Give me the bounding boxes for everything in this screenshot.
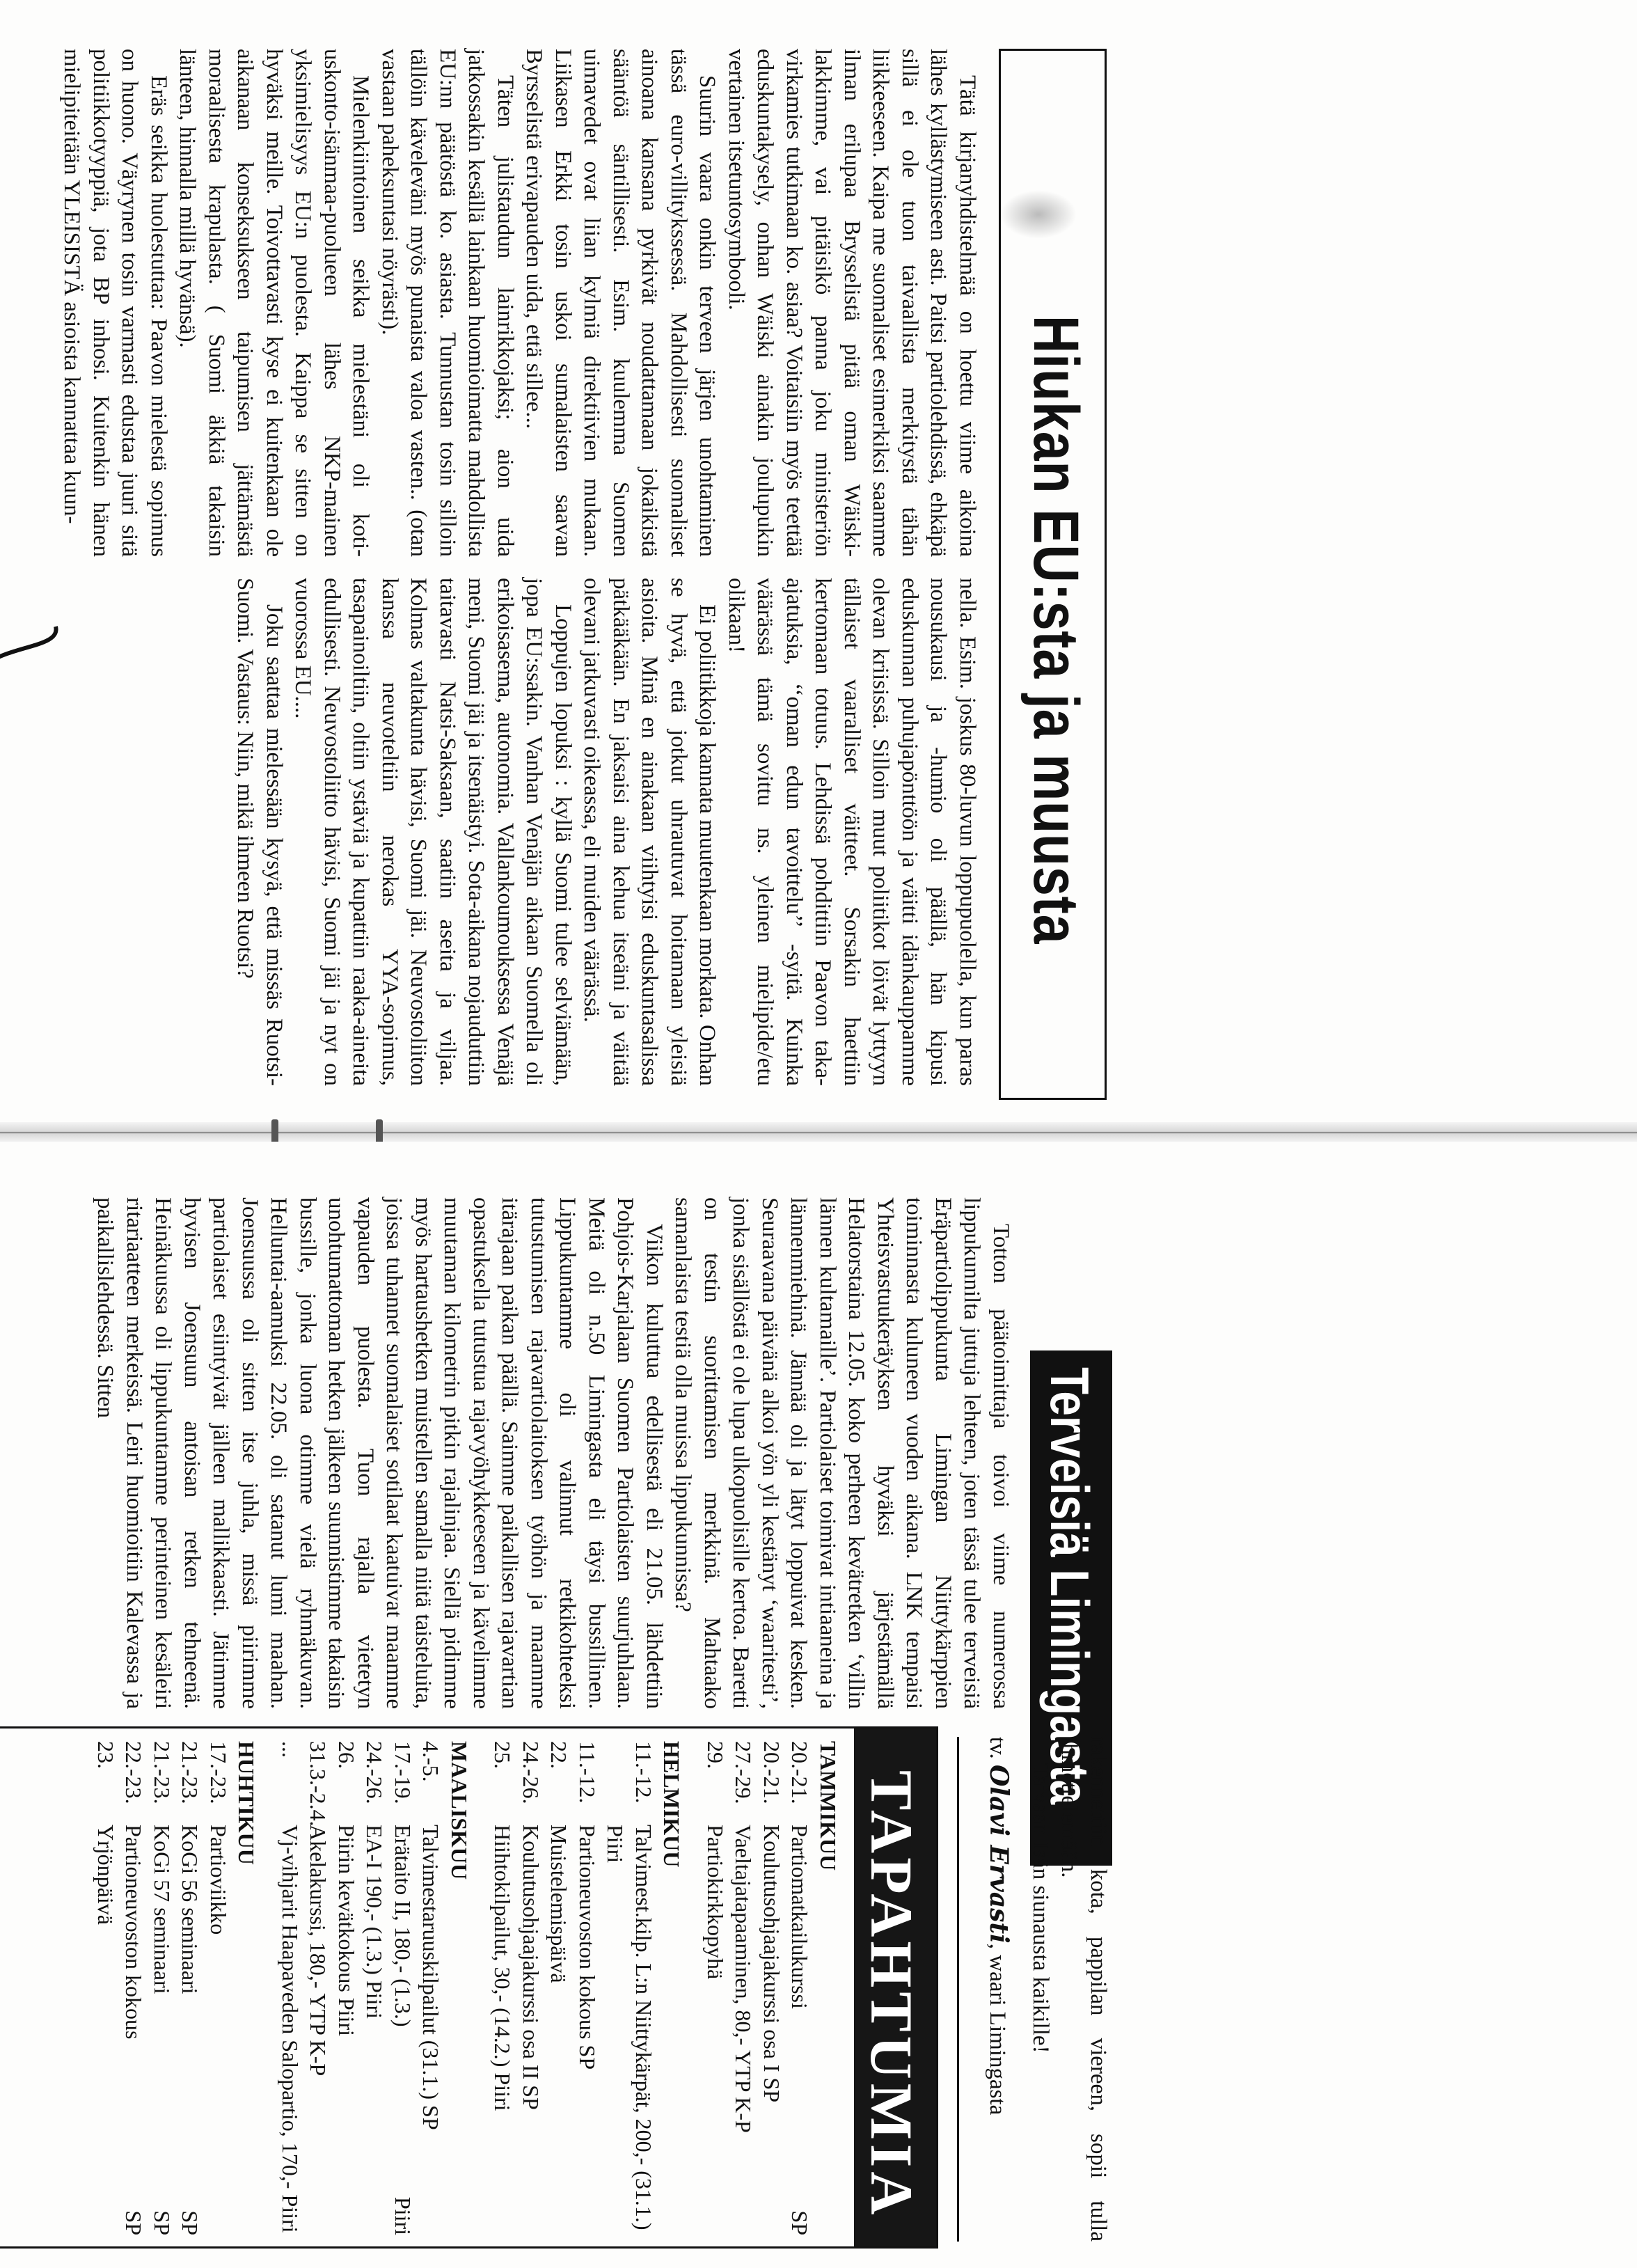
paragraph: Mielenkiintoinen seikka mielestäni oli k… [173, 49, 375, 557]
paragraph: Joku saattaa mielessään kysyä, että miss… [230, 578, 288, 1086]
event-text: Yrjönpäivä [92, 1825, 120, 2235]
article-column-1: Totton päätoimittaja toivoi viime numero… [90, 1197, 1015, 1709]
event-text: Hiihtokilpailut, 30,- (14.2.) Piiri [489, 1825, 517, 2235]
event-title: Partiokirkkopyhä [703, 1825, 728, 1979]
event-title: Partioviikko [206, 1825, 231, 1935]
event-row: 27.-29.Vaeltajatapaaminen, 80,- YTP K-P [729, 1741, 758, 2235]
center-fold [0, 1122, 1637, 1143]
event-text: Piirin kevätkokous Piiri [333, 1825, 361, 2235]
event-organizer: SP [120, 2210, 148, 2235]
article-title-box: Hiukan EU:sta ja muusta [999, 49, 1107, 1100]
event-date: 29. [702, 1741, 730, 1825]
event-title: Partiomatkailukurssi [788, 1825, 813, 2009]
article-title: Hiukan EU:sta ja muusta [1019, 315, 1092, 944]
event-title: Partioneuvoston kokous [122, 1825, 147, 2039]
event-text: SPKoGi 57 seminaari [148, 1825, 177, 2235]
article-column-1: Tätä kirjanyhdistelmää on hoettu viime a… [57, 49, 981, 557]
event-text: Koulutusohjaajakurssi osa I SP [758, 1825, 786, 2235]
event-date: 20.-21. [758, 1741, 786, 1825]
event-row: 21.-23.SPKoGi 56 seminaari [176, 1741, 205, 2235]
event-text: EA-I 190,- (1.3.) Piiri [361, 1825, 389, 2235]
event-row: 4.-5.Talvimestaruuskilpailut (31.1.) SP [417, 1741, 445, 2235]
event-date: 21.-23. [148, 1741, 177, 1825]
event-title: Vj-vihjarit Haapaveden Salopartio, 170,-… [278, 1825, 303, 2233]
events-month-heading: MAALISKUU [445, 1741, 474, 2235]
handwritten-signature-icon: Lammon Koppe [0, 613, 84, 1065]
event-date: 4.-5. [417, 1741, 445, 1825]
event-date: 25. [489, 1741, 517, 1825]
paragraph: Taivaan Isän siunausta kaikille! [1026, 1737, 1055, 2242]
event-title: Piirin kevätkokous Piiri [334, 1825, 359, 2036]
paragraph: Suurin vaara onkin terveen järjen unohta… [519, 49, 722, 557]
paragraph: Viikon kuluttua edellisestä eli 21.05. l… [90, 1197, 668, 1709]
events-title: TAPAHTUMIA [857, 1770, 926, 2219]
event-title: Akelakurssi, 180,- YTP K-P [306, 1825, 331, 2076]
event-text: SPPartiomatkailukurssi [786, 1825, 814, 2235]
event-date: 17.-23. [205, 1741, 233, 1825]
event-row: 17.-19.PiiriErätaito II, 180,- (1.3.) [389, 1741, 418, 2235]
event-text: Vj-vihjarit Haapaveden Salopartio, 170,-… [276, 1825, 305, 2235]
event-date: 26. [333, 1741, 361, 1825]
event-title: EA-I 190,- (1.3.) Piiri [363, 1825, 388, 2019]
event-row: 20.-21.SPPartiomatkailukurssi [786, 1741, 814, 2235]
event-row: 26.Piirin kevätkokous Piiri [333, 1741, 361, 2235]
page-15: Terveisiä Limingasta Totton päätoimittaj… [0, 1142, 1126, 2268]
event-text: Talvimestaruuskilpailut (31.1.) SP [417, 1825, 445, 2235]
event-text: Partiokirkkopyhä [702, 1825, 730, 2235]
paragraph: Eräs seikka huolestuttaa: Paavon mielest… [57, 49, 173, 557]
event-date: 20.-21. [786, 1741, 814, 1825]
event-text: Muistelemispäivä [545, 1825, 574, 2235]
event-date: 27.-29. [729, 1741, 758, 1825]
signature-name: Olavi Ervasti [985, 1765, 1014, 1944]
event-row: 25.Hiihtokilpailut, 30,- (14.2.) Piiri [489, 1741, 517, 2235]
event-organizer: SP [176, 2210, 205, 2235]
event-title: Yrjönpäivä [93, 1825, 118, 1925]
event-title: Talvimestaruuskilpailut (31.1.) SP [419, 1825, 444, 2130]
event-title: Koulutusohjaajakurssi osa I SP [759, 1825, 784, 2102]
event-row: 20.-21.Koulutusohjaajakurssi osa I SP [758, 1741, 786, 2235]
event-row: 11.-12.Partioneuvoston kokous SP [574, 1741, 602, 2235]
event-date: 22.-23. [120, 1741, 148, 1825]
event-title: Partioneuvoston kokous SP [575, 1825, 600, 2070]
event-row: 29.Partiokirkkopyhä [702, 1741, 730, 2235]
event-row: 21.-23.SPKoGi 57 seminaari [148, 1741, 177, 2235]
event-date: 24.-26. [361, 1741, 389, 1825]
scan-smudge [1000, 190, 1077, 239]
event-date: 24.-26. [517, 1741, 546, 1825]
signature-line: tv. Olavi Ervasti, waari Limingasta [983, 1737, 1013, 2242]
events-header: TAPAHTUMIA [854, 1728, 936, 2246]
event-text: Koulutusohjaajakurssi osa II SP [517, 1825, 546, 2235]
paragraph: Tätä kirjanyhdistelmää on hoettu viime a… [722, 49, 982, 557]
event-title: Hiihtokilpailut, 30,- (14.2.) Piiri [491, 1825, 516, 2111]
events-month-heading: TAMMIKUU [814, 1741, 843, 2235]
page-14: Hiukan EU:sta ja muusta Tätä kirjanyhdis… [0, 0, 1128, 1128]
event-row: 31.3.-2.4.Akelakurssi, 180,- YTP K-P [304, 1741, 333, 2235]
article-column-2: rakennettiin kota, pappilan viereen, sop… [983, 1737, 1112, 2242]
events-month-heading: HUHTIKUU [232, 1741, 261, 2235]
event-text: SPPartioneuvoston kokous [120, 1825, 148, 2235]
event-row: 24.-26.Koulutusohjaajakurssi osa II SP [517, 1741, 546, 2235]
event-organizer: Piiri [389, 2197, 418, 2235]
signature-prefix: tv. [986, 1737, 1011, 1759]
event-date: 21.-23. [176, 1741, 205, 1825]
signature-suffix: , waari Limingasta [986, 1944, 1011, 2116]
event-date: 31.3.-2.4. [304, 1741, 333, 1825]
events-list: TAMMIKUU20.-21.SPPartiomatkailukurssi20.… [92, 1741, 843, 2235]
event-row: 17.-23.Partioviikko [205, 1741, 233, 2235]
paragraph: Täten julistaudun lainrikkojaksi; aion u… [375, 49, 520, 557]
event-date: 23. [92, 1741, 120, 1825]
event-title: Koulutusohjaajakurssi osa II SP [519, 1825, 544, 2110]
event-row: 11.-12.Talvimest.kilp. L:n Niittykärpät,… [601, 1741, 658, 2235]
event-organizer: SP [148, 2210, 177, 2235]
event-text: Partioneuvoston kokous SP [574, 1825, 602, 2235]
event-row: ...Vj-vihjarit Haapaveden Salopartio, 17… [276, 1741, 305, 2235]
event-text: SPKoGi 56 seminaari [176, 1825, 205, 2235]
event-text: PiiriErätaito II, 180,- (1.3.) [389, 1825, 418, 2235]
event-row: 22.-23.SPPartioneuvoston kokous [120, 1741, 148, 2235]
event-text: Talvimest.kilp. L:n Niittykärpät, 200,- … [601, 1825, 658, 2235]
event-date: 22. [545, 1741, 574, 1825]
event-row: 24.-26.EA-I 190,- (1.3.) Piiri [361, 1741, 389, 2235]
event-date: 11.-12. [574, 1741, 602, 1825]
event-title: Erätaito II, 180,- (1.3.) [390, 1825, 416, 2027]
event-title: Vaeltajatapaaminen, 80,- YTP K-P [731, 1825, 757, 2133]
events-month-heading: HELMIKUU [658, 1741, 686, 2235]
paragraph: Loppujen lopuksi : kyllä Suomi tulee sel… [288, 578, 577, 1086]
paragraph: nella. Esim. joskus 80-luvun loppupuolel… [722, 578, 982, 1086]
event-row: 23.Yrjönpäivä [92, 1741, 120, 2235]
event-text: Partioviikko [205, 1825, 233, 2235]
event-title: Talvimest.kilp. L:n Niittykärpät, 200,- … [603, 1825, 657, 2230]
event-title: KoGi 57 seminaari [150, 1825, 175, 1994]
event-text: Vaeltajatapaaminen, 80,- YTP K-P [729, 1825, 758, 2235]
event-date: 11.-12. [601, 1741, 658, 1825]
event-text: Akelakurssi, 180,- YTP K-P [304, 1825, 333, 2235]
events-box: TAPAHTUMIA TAMMIKUU20.-21.SPPartiomatkai… [0, 1726, 938, 2249]
paragraph: Totton päätoimittaja toivoi viime numero… [668, 1197, 1015, 1709]
paragraph: Ei poliitikkoja kannata muutenkaan morka… [577, 578, 722, 1086]
page-15-scan: Terveisiä Limingasta Totton päätoimittaj… [0, 1142, 1637, 2268]
article-column-2: nella. Esim. joskus 80-luvun loppupuolel… [230, 578, 981, 1086]
event-row: 22.Muistelemispäivä [545, 1741, 574, 2235]
event-title: KoGi 56 seminaari [178, 1825, 203, 1994]
page-14-scan: Hiukan EU:sta ja muusta Tätä kirjanyhdis… [0, 0, 1637, 1128]
section-rule [957, 1737, 959, 2242]
paragraph: rakennettiin kota, pappilan viereen, sop… [1054, 1737, 1112, 2242]
event-organizer: SP [786, 2210, 814, 2235]
event-date: ... [276, 1741, 305, 1825]
event-title: Muistelemispäivä [547, 1825, 572, 1983]
event-date: 17.-19. [389, 1741, 418, 1825]
